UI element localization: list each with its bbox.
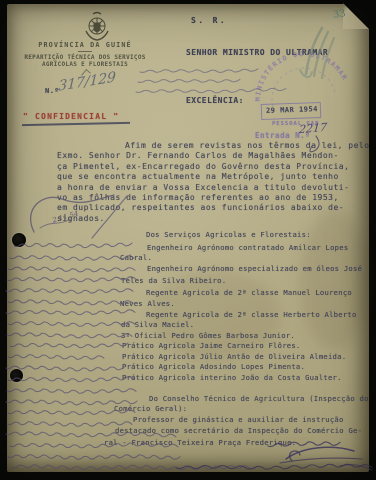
roster-line: da Silva Maciel. — [121, 320, 194, 329]
roster-section-title: Dos Serviços Agricolas e Florestais: — [146, 230, 311, 239]
roster-line: Regente Agricola de 2ª classe Manuel Lou… — [146, 288, 352, 297]
roster-section-title: Do Conselho Técnico de Agricultura (Insp… — [149, 394, 369, 403]
body-line: Afim de serem revistas nos têrmos da lei… — [125, 141, 370, 150]
roster-line: Regente Agricola de 2ª classe Herberto A… — [146, 310, 357, 319]
roster-line: 3º Oficial Pedro Gômes Barbosa Junior. — [121, 331, 295, 340]
roster-line: ral - Francisco Teixeira Praça Frederiqu… — [104, 438, 296, 447]
roster-line: Prático Agricola Jaime Carneiro Flôres. — [122, 341, 301, 350]
handwritten-entry-number: 2217 — [298, 121, 327, 137]
roster-line: Neves Alves. — [120, 299, 175, 308]
letterhead-dept-2: AGRÍCOLAS E FLORESTAIS — [10, 61, 160, 68]
letterhead-dept-1: REPARTIÇÃO TÉCNICA DOS SERVIÇOS — [10, 54, 160, 61]
body-line: Exmo. Senhor Dr. Fernando Carlos de Maga… — [57, 151, 339, 160]
salutation: EXCELÊNCIA: — [186, 96, 244, 105]
roster-line: Prático Agricola interino João da Costa … — [122, 373, 342, 382]
roster-line: Prático Agricola Adosindo Lopes Pimenta. — [122, 362, 305, 371]
addressee-line: SENHOR MINISTRO DO ULTRAMAR — [186, 48, 328, 57]
roster-line: Professor de ginástica e auxiliar de ins… — [133, 415, 344, 424]
roster-line: destacado como secretário da Inspecção d… — [115, 426, 362, 435]
body-line: a honra de enviar a Vossa Excelencia a t… — [57, 183, 349, 192]
body-line: em duplicado, respeitantes aos funcionár… — [57, 203, 344, 212]
scanned-letter: PROVÍNCIA DA GUINÉ REPARTIÇÃO TÉCNICA DO… — [0, 0, 376, 480]
sr-mark: S. R. — [191, 16, 227, 25]
roster-line: Comércio Geral): — [114, 404, 187, 413]
roster-line: Engenheiro Agrónomo contratado Amilcar L… — [147, 243, 348, 252]
letterhead-province: PROVÍNCIA DA GUINÉ — [10, 41, 160, 49]
punch-hole — [12, 233, 26, 247]
letterhead-rule — [78, 51, 92, 52]
confidential-mark: " CONFIDENCIAL " — [23, 112, 119, 121]
roster-line: Teles da Silva Ribeiro. — [121, 276, 226, 285]
punch-hole — [10, 369, 23, 382]
roster-line: Engenheiro Agrónomo especializado em óle… — [147, 264, 362, 273]
body-line: signados. — [57, 214, 105, 223]
body-line: ça Pimentel, ex-Encarregado do Govêrno d… — [57, 162, 349, 171]
roster-line: Prático Agricola Júlio Antão de Oliveira… — [122, 352, 346, 361]
body-line: que se encontra actualmente na Metrópole… — [57, 172, 339, 181]
archivist-page-number: 33 — [332, 8, 346, 20]
body-line: vo as fôlhas de informação referentes ao… — [57, 193, 339, 202]
roster-line: Cabral. — [120, 253, 152, 262]
